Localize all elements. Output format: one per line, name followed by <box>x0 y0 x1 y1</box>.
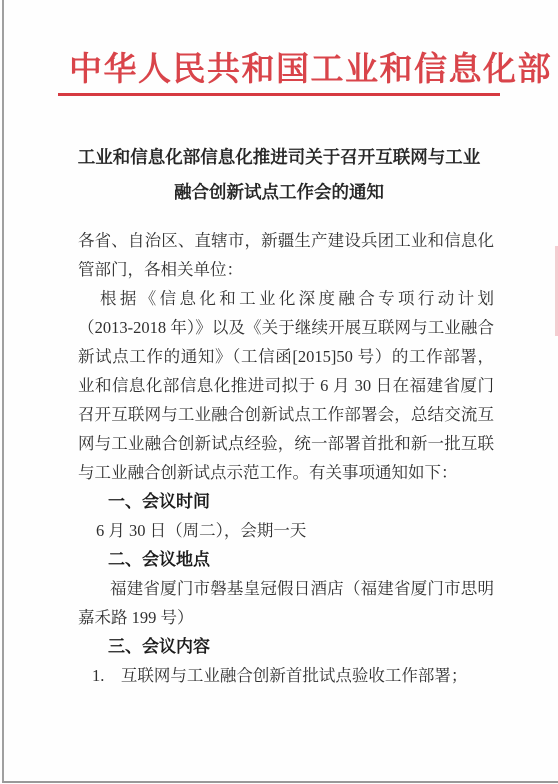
document-title-line-2: 融合创新试点工作会的通知 <box>0 175 558 210</box>
paragraph-line: （2013-2018 年）》以及《关于继续开展互联网与工业融合创 <box>78 313 494 342</box>
document-title: 工业和信息化部信息化推进司关于召开互联网与工业 融合创新试点工作会的通知 <box>0 140 558 210</box>
document-body: 各省、自治区、直辖市，新疆生产建设兵团工业和信息化主 管部门，各相关单位： 根据… <box>78 226 494 690</box>
paragraph-line: 根据《信息化和工业化深度融合专项行动计划 <box>78 284 494 313</box>
salutation-line: 各省、自治区、直辖市，新疆生产建设兵团工业和信息化主 <box>78 226 494 255</box>
section-heading-meeting-venue: 二、会议地点 <box>78 545 494 574</box>
meeting-venue-line: 嘉禾路 199 号） <box>78 603 494 632</box>
section-heading-meeting-content: 三、会议内容 <box>78 632 494 661</box>
scanned-document-page: 中华人民共和国工业和信息化部 工业和信息化部信息化推进司关于召开互联网与工业 融… <box>0 0 558 784</box>
document-title-line-1: 工业和信息化部信息化推进司关于召开互联网与工业 <box>0 140 558 175</box>
paragraph-line: 业和信息化部信息化推进司拟于 6 月 30 日在福建省厦门市 <box>78 371 494 400</box>
salutation-line: 管部门，各相关单位： <box>78 255 494 284</box>
paragraph-line: 召开互联网与工业融合创新试点工作部署会，总结交流互联 <box>78 400 494 429</box>
meeting-time-line: 6 月 30 日（周二），会期一天 <box>78 516 494 545</box>
meeting-venue-line: 福建省厦门市磐基皇冠假日酒店（福建省厦门市思明区 <box>78 574 494 603</box>
page-scan-edge-bottom <box>2 781 558 783</box>
section-heading-meeting-time: 一、会议时间 <box>78 487 494 516</box>
agenda-item-1: 1. 互联网与工业融合创新首批试点验收工作部署； <box>78 661 494 690</box>
letterhead-org-name: 中华人民共和国工业和信息化部 <box>69 52 552 88</box>
paragraph-line: 网与工业融合创新试点经验，统一部署首批和新一批互联网 <box>78 429 494 458</box>
letterhead-rule <box>58 93 500 96</box>
paragraph-line: 与工业融合创新试点示范工作。有关事项通知如下： <box>78 458 494 487</box>
page-scan-edge-left <box>2 0 4 782</box>
paragraph-line: 新试点工作的通知》（工信函[2015]50 号）的工作部署，工 <box>78 342 494 371</box>
